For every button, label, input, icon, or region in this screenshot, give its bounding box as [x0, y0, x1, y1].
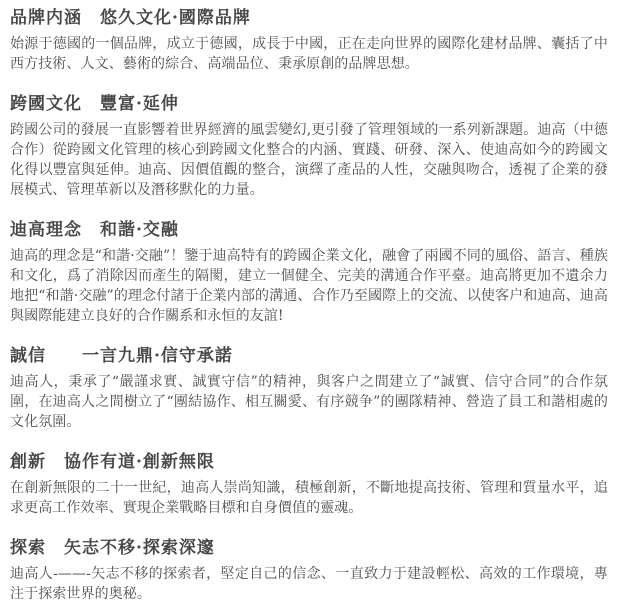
content-section: 創新 協作有道·創新無限 在創新無限的二十一世紀，迪高人崇尚知識，積極創新，不斷…	[10, 452, 608, 518]
content-section: 品牌内涵 悠久文化·國際品牌 始源于德國的一個品牌，成立于德國，成長于中國，正在…	[10, 8, 608, 74]
section-heading: 品牌内涵 悠久文化·國際品牌	[10, 8, 608, 28]
section-body: 跨國公司的發展一直影響着世界經濟的風雲變幻,更引發了管理領域的一系列新課題。迪高…	[10, 120, 608, 200]
content-section: 探索 矢志不移·探索深邃 迪高人-——-矢志不移的探索者，堅定自己的信念、一直致…	[10, 538, 608, 604]
sections-container: 品牌内涵 悠久文化·國際品牌 始源于德國的一個品牌，成立于德國，成長于中國，正在…	[10, 8, 608, 604]
section-heading: 探索 矢志不移·探索深邃	[10, 538, 608, 558]
content-section: 誠信 一言九鼎·信守承諾 迪高人，秉承了“嚴謹求實、誠實守信”的精神，與客户之間…	[10, 346, 608, 432]
content-section: 跨國文化 豐富·延伸 跨國公司的發展一直影響着世界經濟的風雲變幻,更引發了管理領…	[10, 94, 608, 200]
section-heading: 迪高理念 和諧·交融	[10, 220, 608, 240]
content-section: 迪高理念 和諧·交融 迪高的理念是“和諧·交融”！鑒于迪高特有的跨國企業文化，融…	[10, 220, 608, 326]
section-body: 迪高人-——-矢志不移的探索者，堅定自己的信念、一直致力于建設輕松、高效的工作環…	[10, 564, 608, 604]
section-body: 始源于德國的一個品牌，成立于德國，成長于中國，正在走向世界的國際化建材品牌、囊括…	[10, 34, 608, 74]
document-page: 品牌内涵 悠久文化·國際品牌 始源于德國的一個品牌，成立于德國，成長于中國，正在…	[0, 0, 618, 608]
section-heading: 跨國文化 豐富·延伸	[10, 94, 608, 114]
section-heading: 創新 協作有道·創新無限	[10, 452, 608, 472]
section-body: 迪高的理念是“和諧·交融”！鑒于迪高特有的跨國企業文化，融會了兩國不同的風俗、語…	[10, 246, 608, 326]
section-heading: 誠信 一言九鼎·信守承諾	[10, 346, 608, 366]
section-body: 迪高人，秉承了“嚴謹求實、誠實守信”的精神，與客户之間建立了“誠實、信守合同”的…	[10, 372, 608, 432]
section-body: 在創新無限的二十一世紀，迪高人崇尚知識，積極創新，不斷地提高技術、管理和質量水平…	[10, 478, 608, 518]
